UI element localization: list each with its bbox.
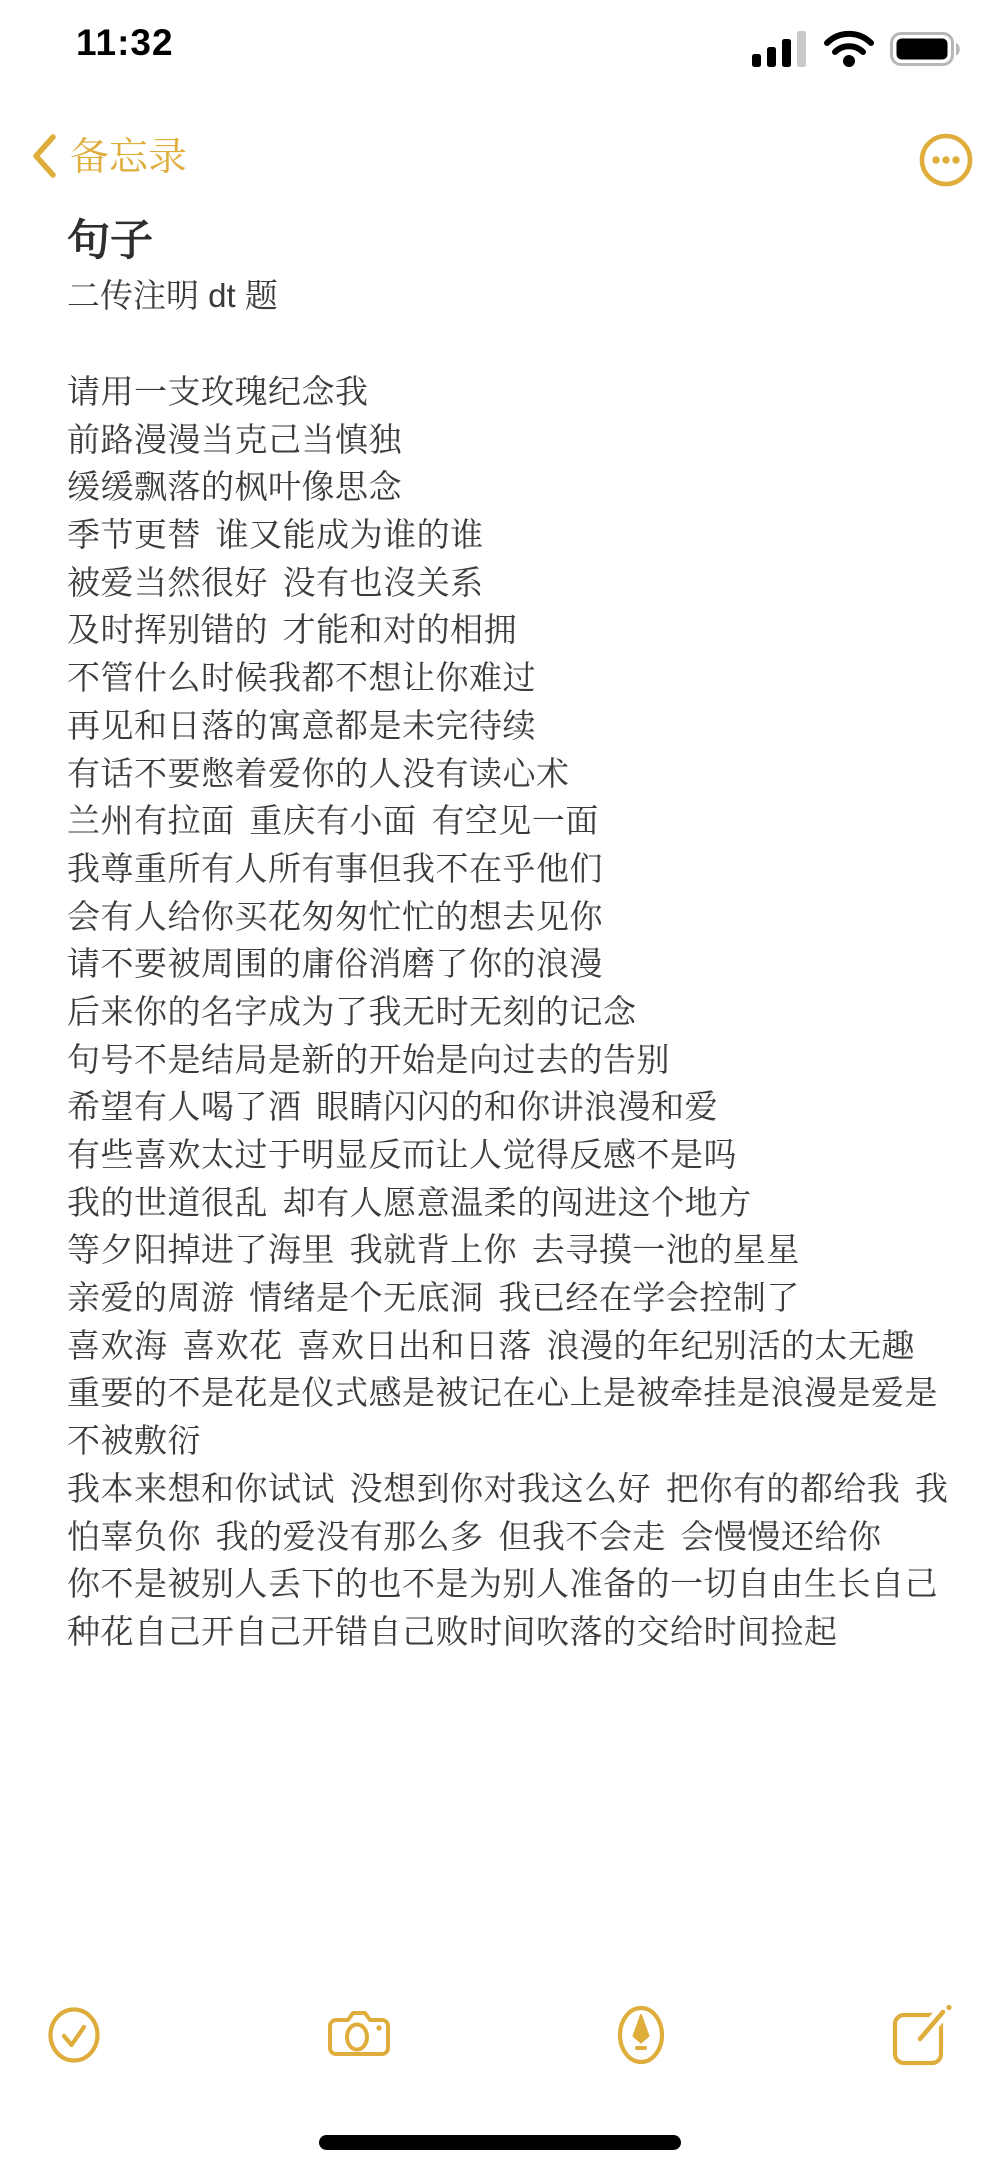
note-title: 句子 bbox=[67, 212, 956, 270]
bottom-toolbar bbox=[0, 2000, 1000, 2074]
note-line: 被爱当然很好 没有也沒关系 bbox=[67, 559, 956, 607]
note-line: 及时挥别错的 才能和对的相拥 bbox=[67, 606, 956, 654]
note-line: 有话不要憋着爱你的人没有读心术 bbox=[67, 750, 956, 798]
note-line: 请用一支玫瑰纪念我 bbox=[67, 368, 956, 416]
note-subtitle: 二传注明 dt 题 bbox=[67, 272, 956, 320]
note-line: 种花自己开自己开错自己败时间吹落的交给时间捡起 bbox=[67, 1608, 956, 1656]
cellular-signal-icon bbox=[752, 31, 808, 72]
markup-icon bbox=[615, 2004, 667, 2071]
camera-button[interactable] bbox=[327, 2008, 391, 2067]
wifi-icon bbox=[823, 30, 875, 73]
note-line: 会有人给你买花匆匆忙忙的想去见你 bbox=[67, 893, 956, 941]
markup-button[interactable] bbox=[615, 2004, 667, 2071]
checklist-button[interactable] bbox=[46, 2006, 102, 2069]
note-line: 喜欢海 喜欢花 喜欢日出和日落 浪漫的年纪别活的太无趣 bbox=[67, 1322, 956, 1370]
status-time: 11:32 bbox=[76, 22, 174, 64]
note-line: 希望有人喝了酒 眼睛闪闪的和你讲浪漫和爱 bbox=[67, 1083, 956, 1131]
note-line: 请不要被周围的庸俗消磨了你的浪漫 bbox=[67, 940, 956, 988]
camera-icon bbox=[327, 2008, 391, 2067]
compose-icon bbox=[892, 2004, 954, 2071]
back-button[interactable]: 备忘录 bbox=[30, 128, 187, 188]
note-line: 前路漫漫当克己当慎独 bbox=[67, 416, 956, 464]
home-indicator[interactable] bbox=[319, 2135, 681, 2150]
note-line: 不被敷衍 bbox=[67, 1417, 956, 1465]
note-line: 重要的不是花是仪式感是被记在心上是被牵挂是浪漫是爱是 bbox=[67, 1369, 956, 1417]
back-chevron-icon bbox=[30, 132, 57, 185]
note-line: 季节更替 谁又能成为谁的谁 bbox=[67, 511, 956, 559]
more-button[interactable] bbox=[918, 132, 974, 193]
note-line: 再见和日落的寓意都是未完待续 bbox=[67, 702, 956, 750]
status-icons bbox=[752, 30, 964, 73]
status-bar: 11:32 bbox=[0, 0, 1000, 94]
checklist-icon bbox=[46, 2006, 102, 2069]
back-label: 备忘录 bbox=[70, 128, 187, 188]
note-line: 我本来想和你试试 没想到你对我这么好 把你有的都给我 我 bbox=[67, 1465, 956, 1513]
note-line: 等夕阳掉进了海里 我就背上你 去寻摸一池的星星 bbox=[67, 1226, 956, 1274]
note-line: 后来你的名字成为了我无时无刻的记念 bbox=[67, 988, 956, 1036]
note-line: 不管什么时候我都不想让你难过 bbox=[67, 654, 956, 702]
battery-icon bbox=[890, 32, 964, 72]
note-line: 亲爱的周游 情绪是个无底洞 我已经在学会控制了 bbox=[67, 1274, 956, 1322]
note-line: 我的世道很乱 却有人愿意温柔的闯进这个地方 bbox=[67, 1179, 956, 1227]
note-line: 句号不是结局是新的开始是向过去的告别 bbox=[67, 1036, 956, 1084]
compose-button[interactable] bbox=[892, 2004, 954, 2071]
note-line: 缓缓飘落的枫叶像思念 bbox=[67, 463, 956, 511]
ellipsis-circle-icon bbox=[918, 175, 974, 192]
note-line: 我尊重所有人所有事但我不在乎他们 bbox=[67, 845, 956, 893]
note-line: 怕辜负你 我的爱没有那么多 但我不会走 会慢慢还给你 bbox=[67, 1513, 956, 1561]
note-editor[interactable]: 句子 二传注明 dt 题 请用一支玫瑰纪念我前路漫漫当克己当慎独缓缓飘落的枫叶像… bbox=[67, 212, 956, 1656]
nav-bar: 备忘录 bbox=[0, 126, 1000, 200]
note-line: 你不是被别人丢下的也不是为别人准备的一切自由生长自己 bbox=[67, 1560, 956, 1608]
note-body[interactable]: 请用一支玫瑰纪念我前路漫漫当克己当慎独缓缓飘落的枫叶像思念季节更替 谁又能成为谁… bbox=[67, 368, 956, 1656]
note-line: 有些喜欢太过于明显反而让人觉得反感不是吗 bbox=[67, 1131, 956, 1179]
note-line: 兰州有拉面 重庆有小面 有空见一面 bbox=[67, 797, 956, 845]
